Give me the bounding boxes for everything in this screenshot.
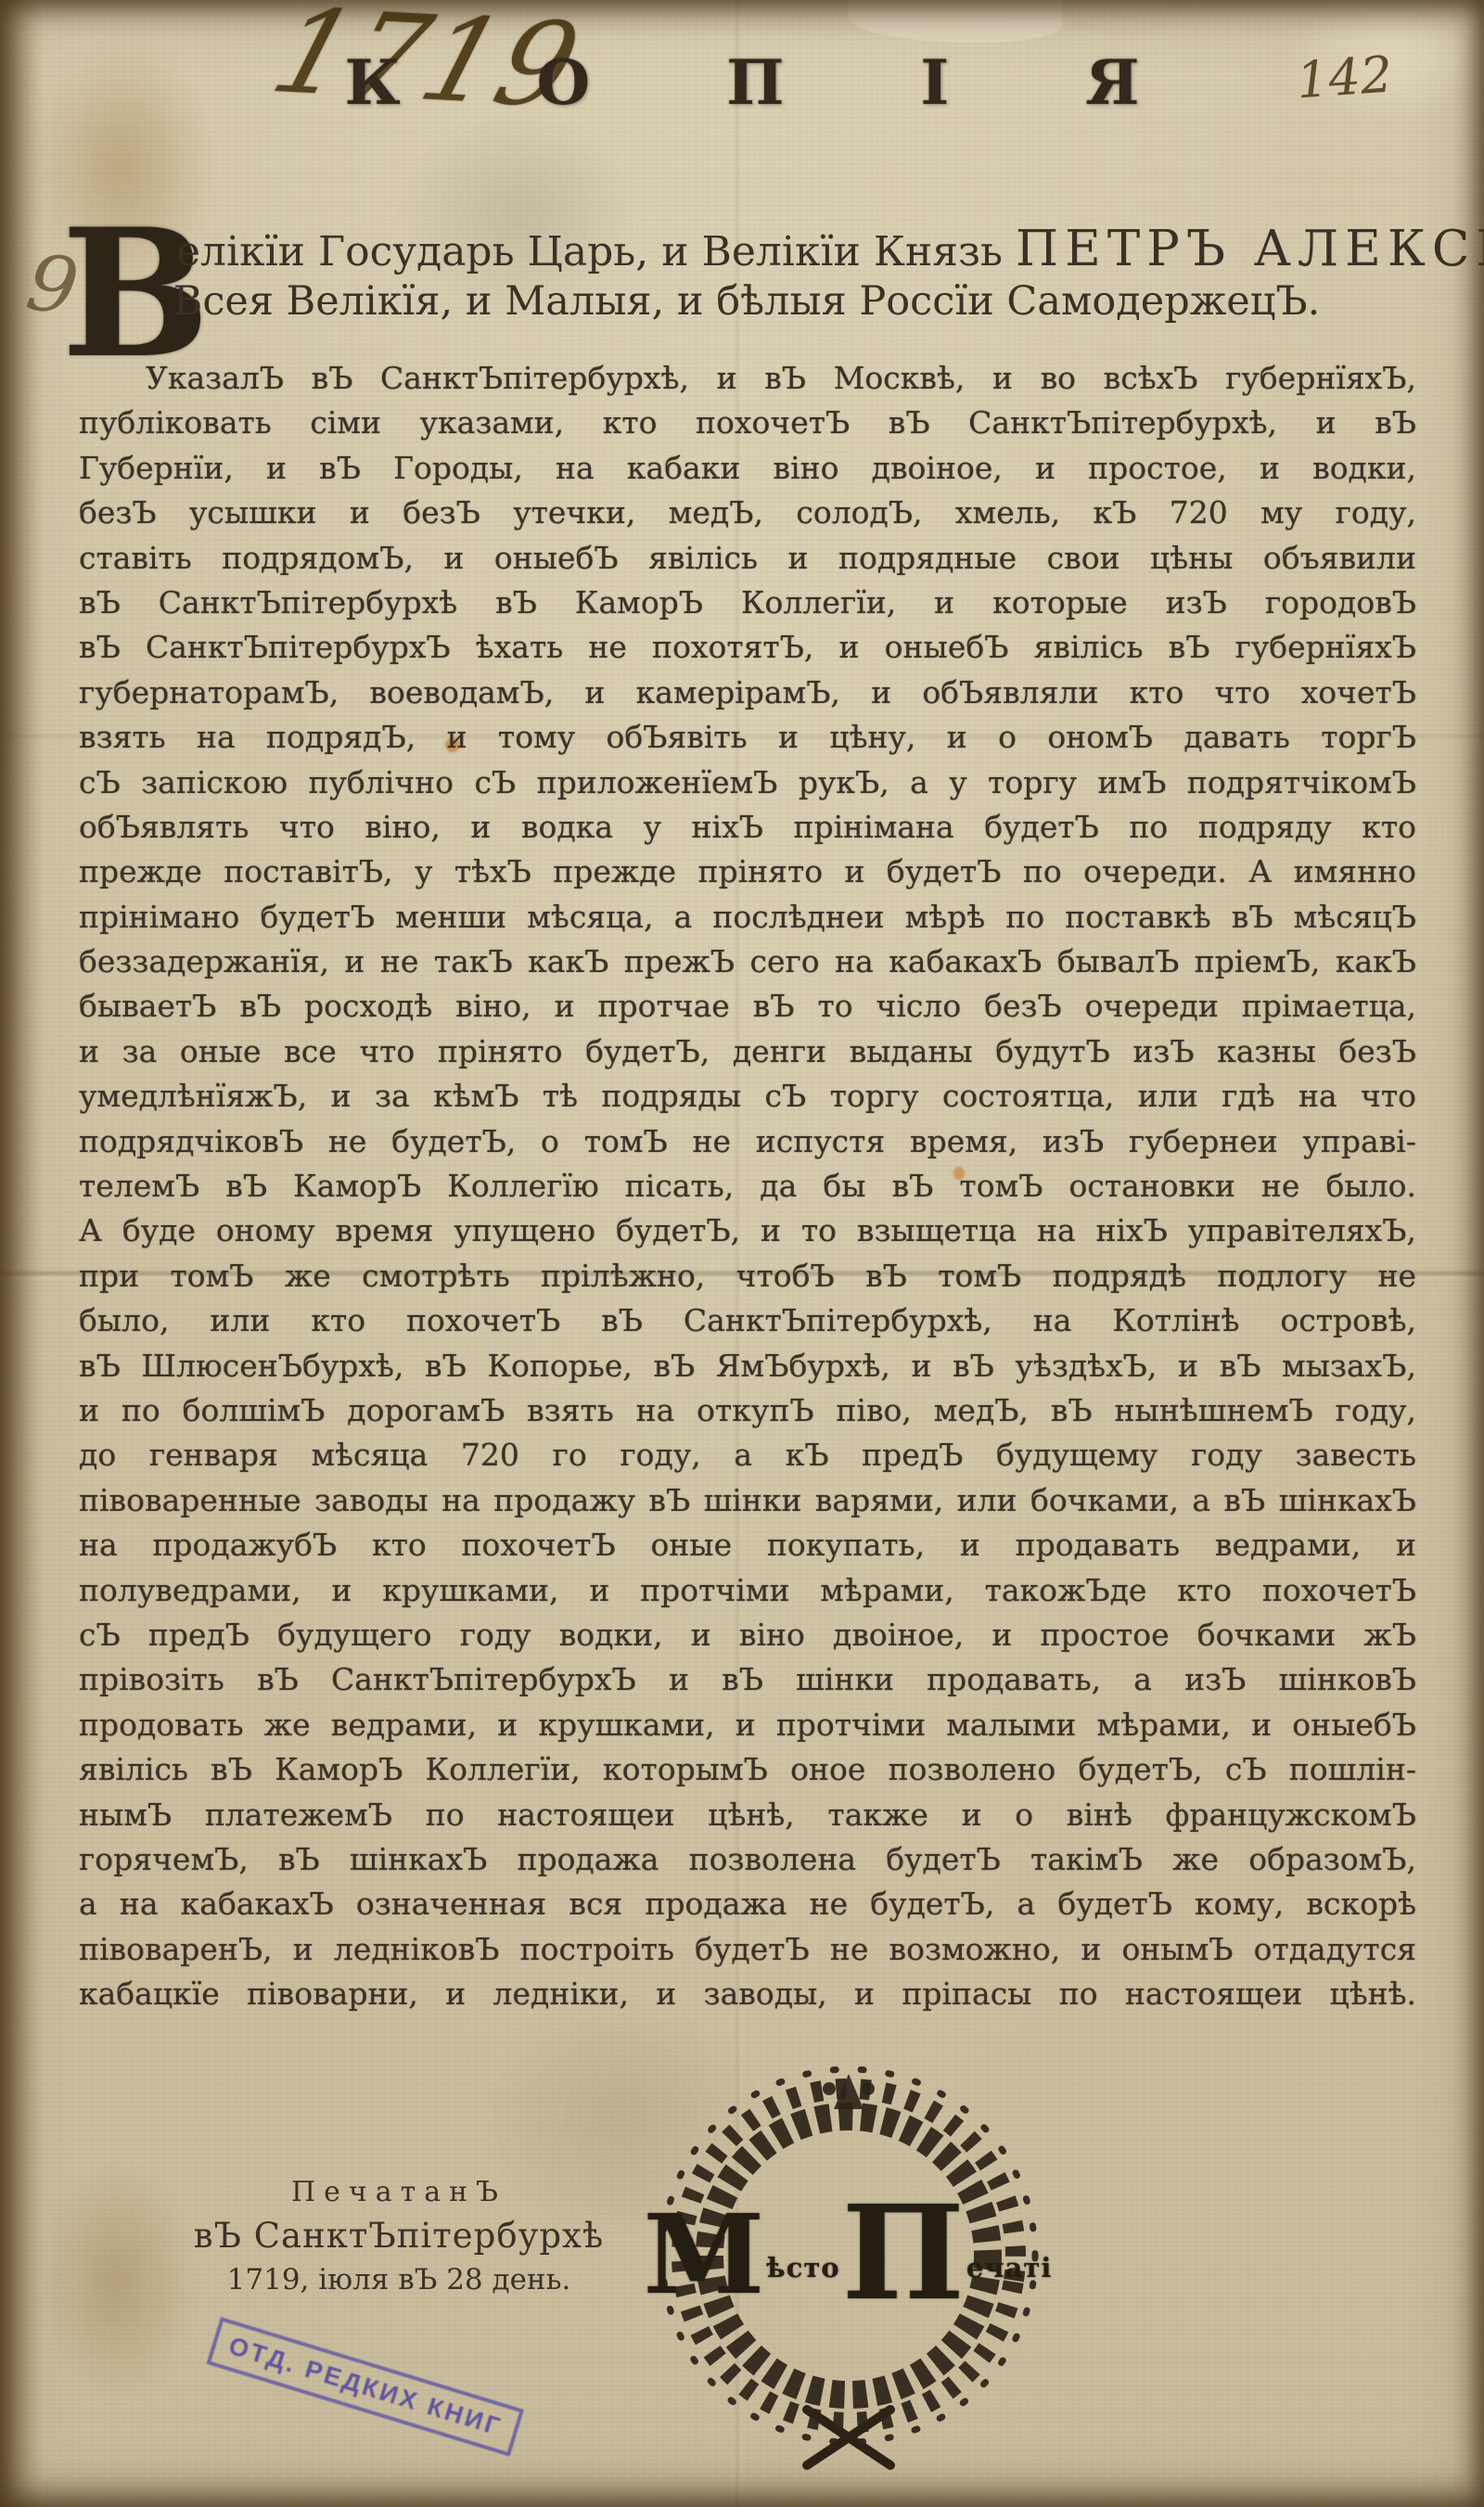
- binding-edge-shadow: [0, 0, 43, 2507]
- monogram-small-text: ѣсто: [766, 2252, 839, 2283]
- body-line: и по болшімЪ дорогамЪ взять на откупЪ пі…: [79, 1388, 1416, 1433]
- body-line: сЪ предЪ будущего году водки, и віно дво…: [79, 1613, 1416, 1657]
- body-line: вЪ СанктЪпітербурхЪ ѣхать не похотятЪ, и…: [79, 625, 1416, 670]
- body-line: Губернїи, и вЪ Городы, на кабаки віно дв…: [79, 446, 1416, 491]
- body-line: А буде оному время упущено будетЪ, и то …: [79, 1209, 1416, 1253]
- body-line: вЪ ШлюсенЪбурхѣ, вЪ Копорье, вЪ ЯмЪбурхѣ…: [79, 1344, 1416, 1388]
- decree-body: УказалЪ вЪ СанктЪпітербурхѣ, и вЪ Москвѣ…: [79, 356, 1416, 2016]
- body-line: и за оные все что прінято будетЪ, денги …: [79, 1030, 1416, 1074]
- body-line: горячемЪ, вЪ шінкахЪ продажа позволена б…: [79, 1837, 1416, 1882]
- body-line: а на кабакахЪ означенная вся продажа не …: [79, 1882, 1416, 1926]
- body-line: губернаторамЪ, воеводамЪ, и камерірамЪ, …: [79, 671, 1416, 715]
- library-stamp: ОТД. РЕДКИХ КНИГ: [207, 2317, 525, 2457]
- body-line: прінімано будетЪ менши мѣсяца, а послѣдн…: [79, 895, 1416, 940]
- body-line: ставіть подрядомЪ, и оныебЪ явілісь и по…: [79, 536, 1416, 581]
- body-line: полуведрами, и крушками, и протчіми мѣра…: [79, 1568, 1416, 1613]
- monogram-small-text: ечаті: [966, 2252, 1052, 2283]
- body-line: было, или кто похочетЪ вЪ СанктЪпітербур…: [79, 1298, 1416, 1343]
- page-title: К О П І Я: [0, 46, 1484, 119]
- scanned-document-page: 1719 142 9 К О П І Я В елікїи Государь Ц…: [0, 0, 1484, 2507]
- body-line: прежде поставітЪ, у тѣхЪ прежде прінято …: [79, 850, 1416, 894]
- body-line: півоваренЪ, и ледніковЪ построіть будетЪ…: [79, 1927, 1416, 1972]
- body-line: УказалЪ вЪ СанктЪпітербурхѣ, и вЪ Москвѣ…: [79, 356, 1416, 401]
- imprint-block: ПечатанЪ вЪ СанктЪпітербурхѣ 1719, іюля …: [176, 2176, 621, 2296]
- tsar-name: ПЕТРЪ АЛЕКСІЕВІЧЬ,: [1016, 221, 1484, 277]
- body-line: нымЪ платежемЪ по настоящеи цѣнѣ, также …: [79, 1793, 1416, 1837]
- body-line: вЪ СанктЪпітербурхѣ вЪ КаморЪ Коллегїи, …: [79, 581, 1416, 625]
- body-line: продовать же ведрами, и крушками, и прот…: [79, 1703, 1416, 1747]
- body-line: при томЪ же смотрѣть прілѣжно, чтобЪ вЪ …: [79, 1254, 1416, 1298]
- body-line: кабацкїе півоварни, и ледніки, и заводы,…: [79, 1972, 1416, 2016]
- body-line: подрядчіковЪ не будетЪ, о томЪ не испуст…: [79, 1119, 1416, 1164]
- header-line-1: елікїи Государь Царь, и Велікїи Князь ПЕ…: [176, 221, 1419, 277]
- monogram-letter-p: П: [842, 2178, 965, 2330]
- body-line: сЪ запіскою публічно сЪ приложенїемЪ рук…: [79, 761, 1416, 805]
- body-line: на продажубЪ кто похочетЪ оные покупать,…: [79, 1523, 1416, 1567]
- header-line-2: Всея Велікїя, и Малыя, и бѣлыя Россїи Са…: [79, 278, 1414, 325]
- body-line: прівозіть вЪ СанктЪпітербурхЪ и вЪ шінки…: [79, 1657, 1416, 1702]
- imprint-line-3: 1719, іюля вЪ 28 день.: [176, 2263, 621, 2296]
- body-line: публіковать сіми указами, кто похочетЪ в…: [79, 401, 1416, 445]
- paper-stain: [37, 2161, 195, 2402]
- imprint-line-2: вЪ СанктЪпітербурхѣ: [176, 2216, 621, 2256]
- body-line: умедлѣнїяжЪ, и за кѣмЪ тѣ подряды сЪ тор…: [79, 1074, 1416, 1119]
- body-line: безЪ усышки и безЪ утечки, медЪ, солодЪ,…: [79, 491, 1416, 535]
- seal-emblem: МѣстоПечаті: [647, 2040, 1050, 2486]
- header-line-1-text: елікїи Государь Царь, и Велікїи Князь: [176, 228, 1016, 275]
- seal-monogram: МѣстоПечаті: [647, 2040, 1050, 2467]
- body-line: до генваря мѣсяца 720 го году, а кЪ пред…: [79, 1433, 1416, 1477]
- body-line: телемЪ вЪ КаморЪ Коллегїю пісать, да бы …: [79, 1164, 1416, 1209]
- body-line: обЪявлять что віно, и водка у ніхЪ пріні…: [79, 805, 1416, 850]
- body-line: бываетЪ вЪ росходѣ віно, и протчае вЪ то…: [79, 984, 1416, 1029]
- monogram-letter-m: М: [644, 2190, 765, 2319]
- body-line: півоваренные заводы на продажу вЪ шінки …: [79, 1478, 1416, 1523]
- paper-tear: [849, 0, 1062, 43]
- imprint-line-1: ПечатанЪ: [176, 2176, 621, 2208]
- body-line: взять на подрядЪ, и тому обЪявіть и цѣну…: [79, 715, 1416, 760]
- body-line: явілісь вЪ КаморЪ Коллегїи, которымЪ оно…: [79, 1747, 1416, 1792]
- body-line: беззадержанїя, и не такЪ какЪ прежЪ сего…: [79, 940, 1416, 984]
